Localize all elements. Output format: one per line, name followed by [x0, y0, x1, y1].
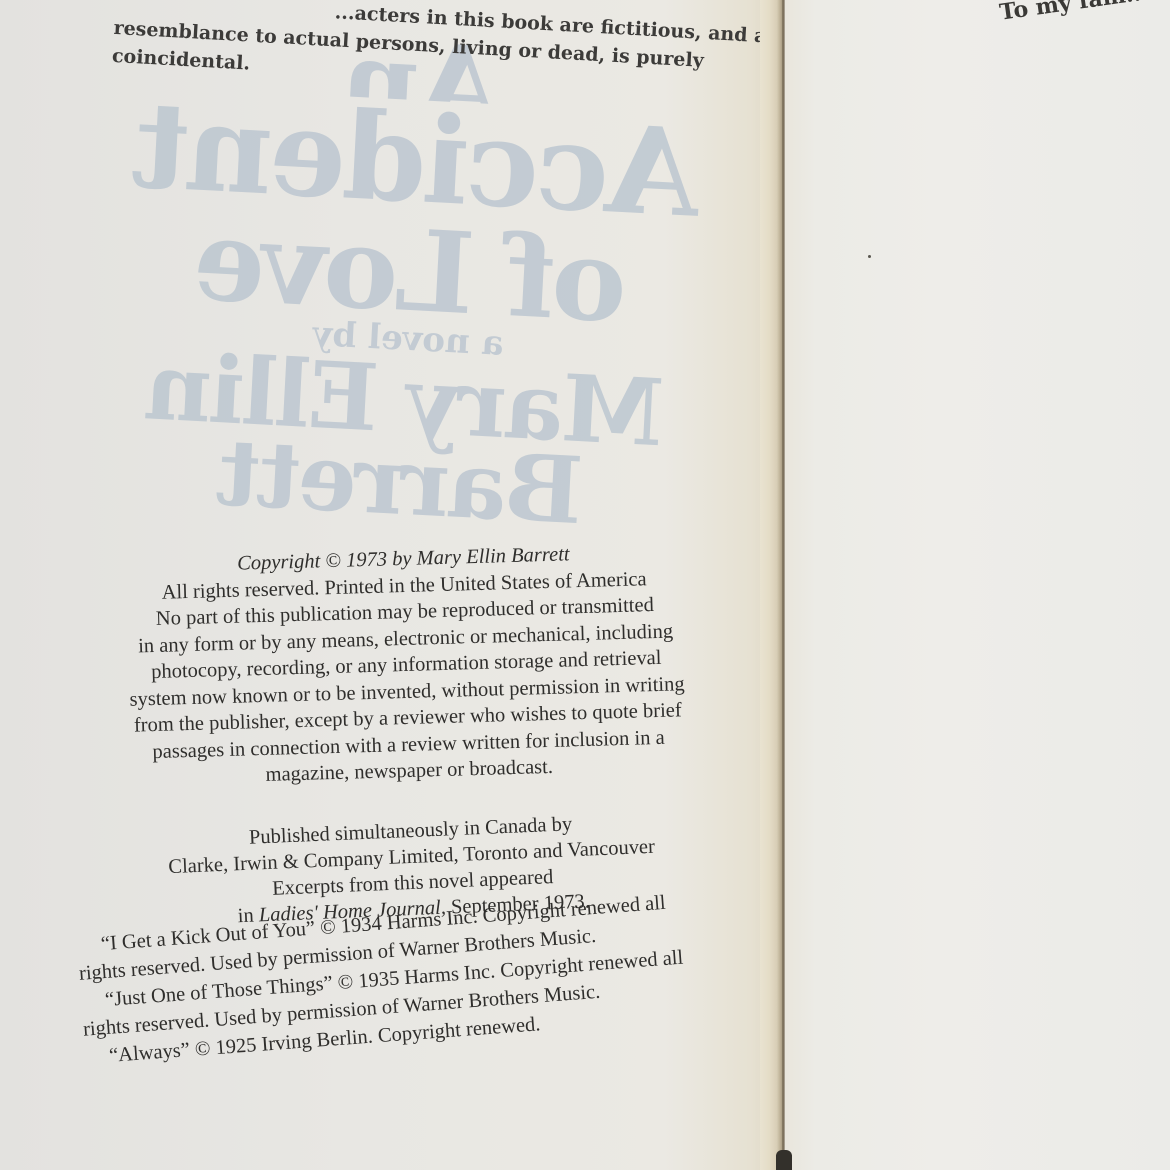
showthrough-line: Accident: [115, 85, 720, 236]
right-page: [785, 0, 1170, 1170]
fiction-disclaimer: ...acters in this book are fictitious, a…: [111, 0, 735, 104]
copyright-notice: Copyright © 1973 by Mary Ellin Barrett A…: [78, 537, 734, 794]
showthrough-line: Mary Ellin: [103, 338, 707, 461]
book-binding-shadow: [776, 1150, 792, 1170]
title-page-showthrough: An Accident of Love a novel by Mary Elli…: [98, 45, 723, 566]
showthrough-line: a novel by: [108, 306, 709, 371]
page-edges: [760, 0, 784, 1170]
showthrough-line: of Love: [109, 200, 714, 343]
left-page: An Accident of Love a novel by Mary Elli…: [0, 0, 782, 1170]
showthrough-line: Barrett: [99, 420, 703, 543]
open-book-photo: An Accident of Love a novel by Mary Elli…: [0, 0, 1170, 1170]
paper-speck: [868, 255, 871, 258]
